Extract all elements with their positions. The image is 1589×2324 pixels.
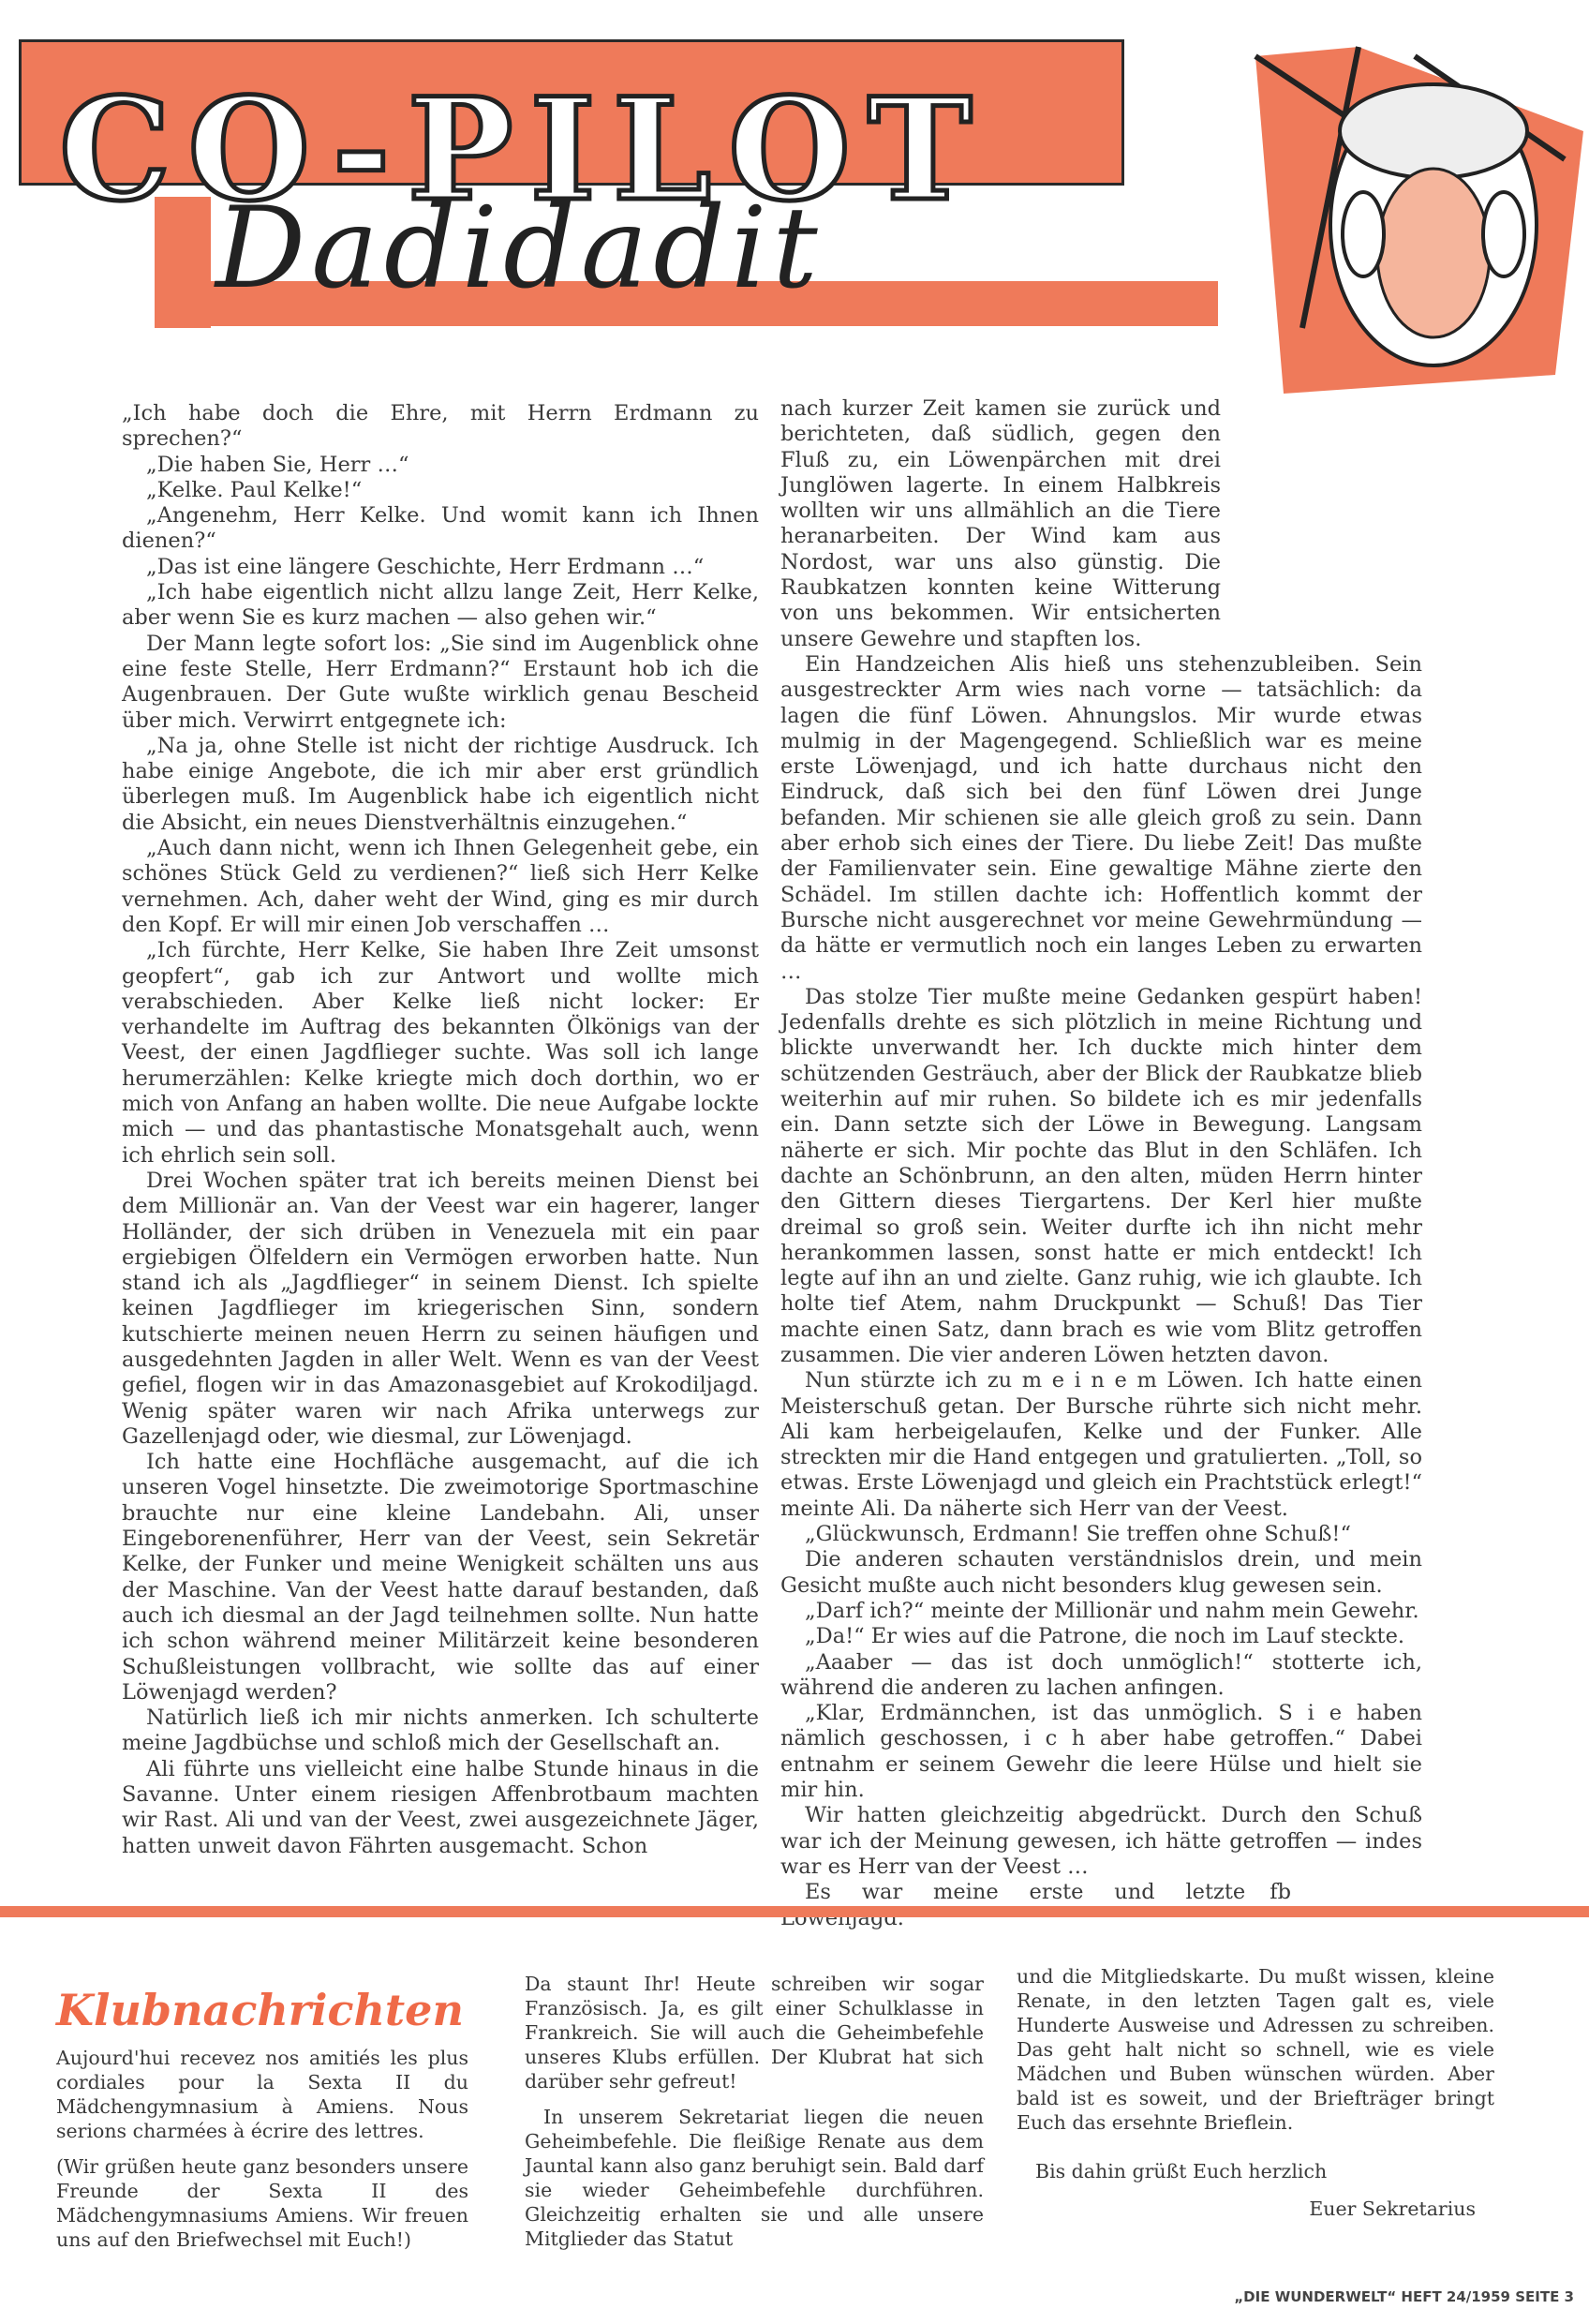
article-column-right: nach kurzer Zeit kamen sie zurück und be… bbox=[780, 396, 1422, 1931]
article-paragraph: „Kelke. Paul Kelke!“ bbox=[122, 478, 759, 503]
article-paragraph: „Da!“ Er wies auf die Patrone, die noch … bbox=[780, 1624, 1422, 1649]
article-paragraph: Nun stürzte ich zu m e i n e m Löwen. Ic… bbox=[780, 1368, 1422, 1522]
article-paragraph: „Klar, Erdmännchen, ist das unmöglich. S… bbox=[780, 1701, 1422, 1803]
article-paragraph: „Ich habe eigentlich nicht allzu lange Z… bbox=[122, 580, 759, 632]
article-paragraph: Ein Handzeichen Alis hieß uns stehenzubl… bbox=[780, 652, 1422, 985]
club-news-paragraph: Aujourd'hui recevez nos amitiés les plus… bbox=[56, 2046, 468, 2143]
article-column-left: „Ich habe doch die Ehre, mit Herrn Erdma… bbox=[122, 401, 759, 1859]
article-paragraph: „Das ist eine längere Geschichte, Herr E… bbox=[122, 555, 759, 580]
section-divider bbox=[0, 1906, 1589, 1917]
article-paragraph: Ich hatte eine Hochfläche ausgemacht, au… bbox=[122, 1450, 759, 1706]
article-paragraph: „Die haben Sie, Herr …“ bbox=[122, 453, 759, 478]
article-paragraph: Ali führte uns vielleicht eine halbe Stu… bbox=[122, 1757, 759, 1859]
club-news-column-2: Da staunt Ihr! Heute schreiben wir sogar… bbox=[525, 1972, 984, 2262]
club-news-paragraph: In unserem Sekretariat liegen die neuen … bbox=[525, 2105, 984, 2251]
article-paragraph: „Glückwunsch, Erdmann! Sie treffen ohne … bbox=[780, 1522, 1422, 1547]
article-paragraph: „Angenehm, Herr Kelke. Und womit kann ic… bbox=[122, 503, 759, 555]
club-news-column-3: und die Mitgliedskarte. Du mußt wissen, … bbox=[1017, 1964, 1494, 2232]
article-paragraph: „Auch dann nicht, wenn ich Ihnen Gelegen… bbox=[122, 836, 759, 938]
article-paragraph: nach kurzer Zeit kamen sie zurück und be… bbox=[780, 396, 1221, 652]
club-news-paragraph: und die Mitgliedskarte. Du mußt wissen, … bbox=[1017, 1964, 1494, 2135]
pilot-portrait-icon bbox=[1246, 19, 1583, 394]
article-paragraph: „Ich fürchte, Herr Kelke, Sie haben Ihre… bbox=[122, 938, 759, 1169]
club-news-closing: Bis dahin grüßt Euch herzlich bbox=[1017, 2159, 1494, 2183]
article-paragraph: „Aaaber — das ist doch unmöglich!“ stott… bbox=[780, 1650, 1422, 1702]
subtitle: Dadidadit bbox=[215, 187, 824, 311]
article-paragraph: Das stolze Tier mußte meine Gedanken ges… bbox=[780, 985, 1422, 1368]
article-paragraph: Die anderen schauten verständnislos drei… bbox=[780, 1547, 1422, 1599]
club-news-signature: Euer Sekretarius bbox=[1017, 2197, 1494, 2221]
club-news-column-1: Aujourd'hui recevez nos amitiés les plus… bbox=[56, 2046, 468, 2263]
article-paragraph: Der Mann legte sofort los: „Sie sind im … bbox=[122, 632, 759, 734]
club-news-title: Klubnachrichten bbox=[56, 1985, 464, 2035]
club-news-paragraph: (Wir grüßen heute ganz besonders unsere … bbox=[56, 2154, 468, 2252]
article-paragraph: „Darf ich?“ meinte der Millionär und nah… bbox=[780, 1599, 1422, 1624]
article-paragraph: Wir hatten gleichzeitig abgedrückt. Durc… bbox=[780, 1803, 1422, 1880]
article-paragraph: Drei Wochen später trat ich bereits mein… bbox=[122, 1169, 759, 1450]
title-banner: CO-PILOT bbox=[19, 39, 1124, 186]
club-news-paragraph: Da staunt Ihr! Heute schreiben wir sogar… bbox=[525, 1972, 984, 2093]
page-footer: „DIE WUNDERWELT“ HEFT 24/1959 SEITE 3 bbox=[1234, 2288, 1574, 2305]
article-paragraph: Natürlich ließ ich mir nichts anmerken. … bbox=[122, 1706, 759, 1757]
article-paragraph: „Na ja, ohne Stelle ist nicht der richti… bbox=[122, 734, 759, 836]
article-paragraph: „Ich habe doch die Ehre, mit Herrn Erdma… bbox=[122, 401, 759, 453]
